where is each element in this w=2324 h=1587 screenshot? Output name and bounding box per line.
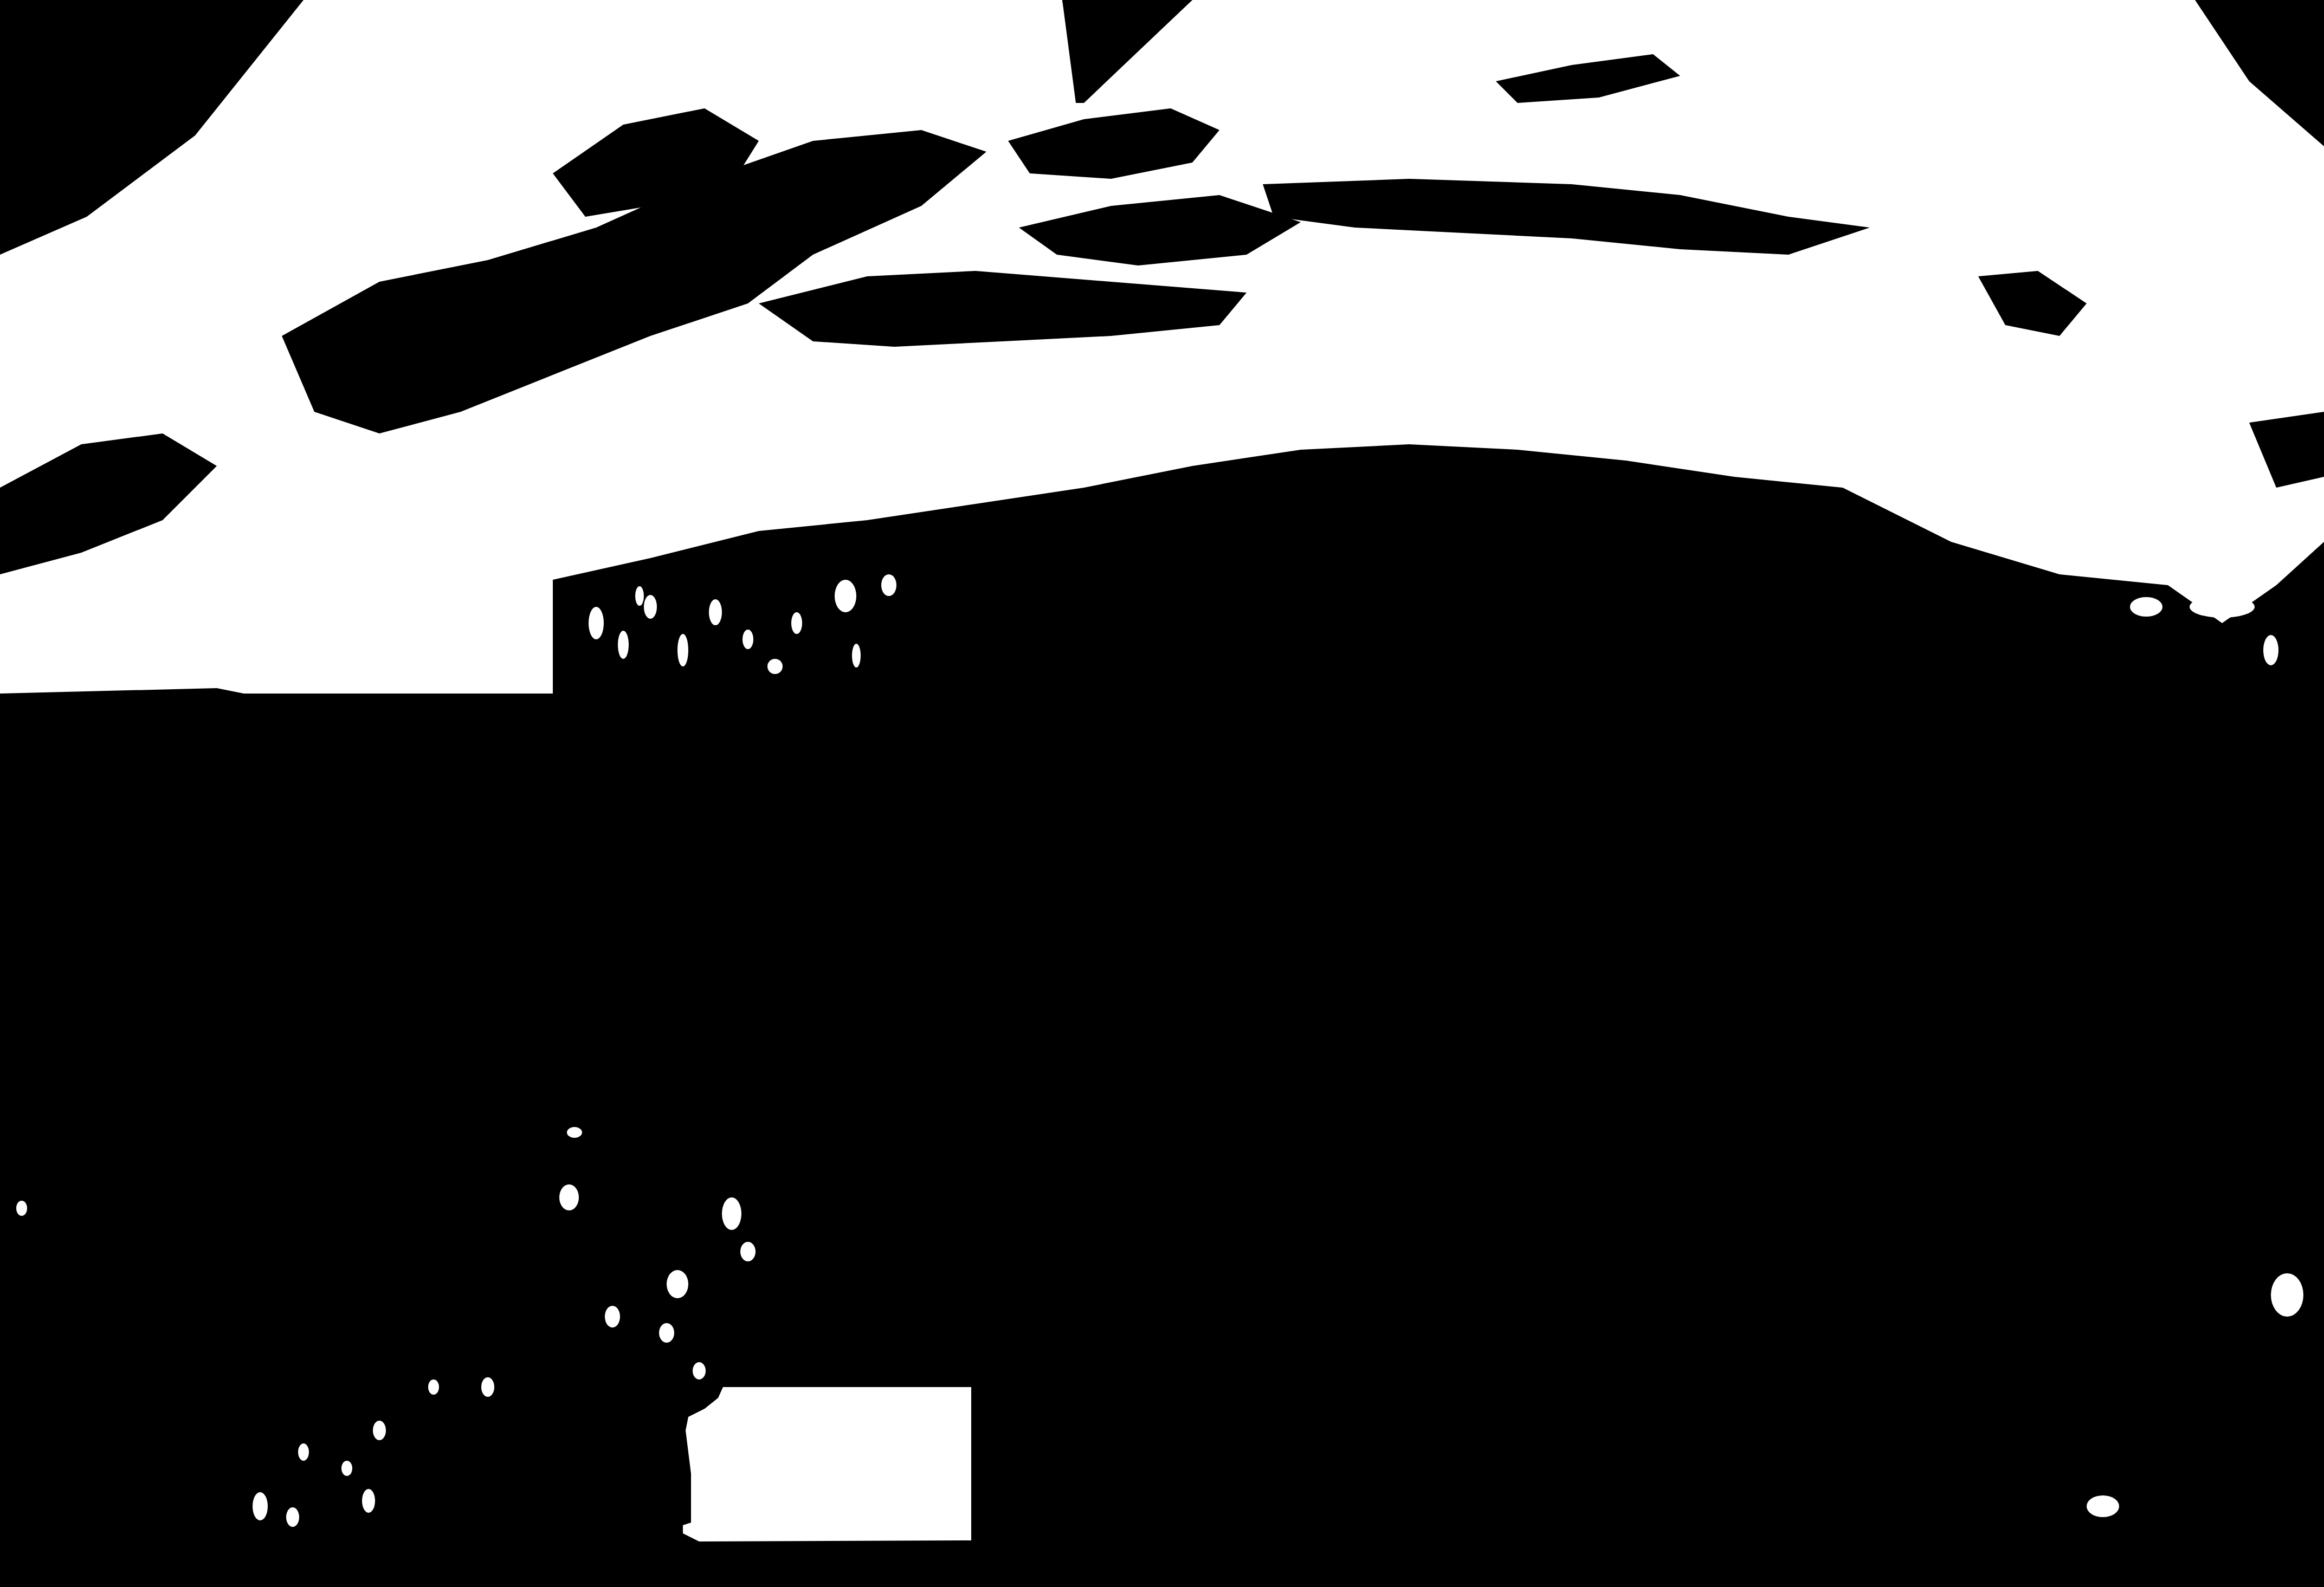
bright-block [683,1387,971,1541]
thresholded-planet-image [0,0,2324,1587]
image-canvas [0,0,2324,1587]
